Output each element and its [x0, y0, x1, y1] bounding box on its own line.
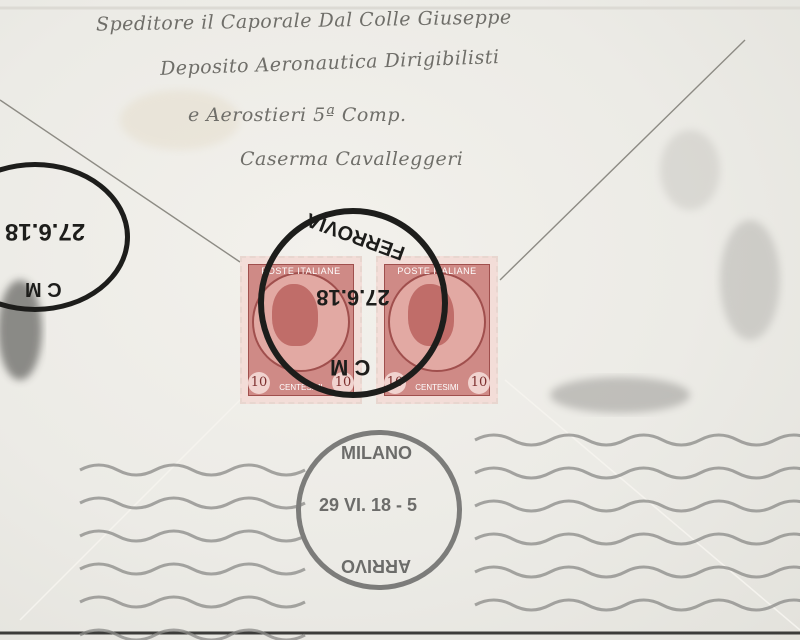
- stamp-value: 10: [248, 372, 270, 394]
- postmark-bottom-text: ARRIVO: [341, 555, 411, 576]
- ferrovia-postmark-center: 27.6.18 FERROVIA C M: [258, 208, 448, 398]
- postmark-bottom-text: C M: [330, 354, 370, 380]
- postmark-date: 29 VI. 18 - 5: [319, 495, 417, 516]
- postmark-top-text: MILANO: [341, 443, 412, 464]
- postmark-bottom-text: C M: [25, 277, 62, 300]
- stamp-unit: CENTESIMI: [406, 383, 468, 392]
- postmark-date: 27.6.18: [264, 284, 442, 310]
- envelope-back: Speditore il Caporale Dal Colle Giuseppe…: [0, 0, 800, 640]
- stamp-value: 10: [468, 372, 490, 394]
- postmark-top-text: FERROVIA: [303, 207, 408, 264]
- milano-postmark: MILANO 29 VI. 18 - 5 ARRIVO: [296, 430, 462, 590]
- postmark-date: 27.6.18: [5, 217, 85, 245]
